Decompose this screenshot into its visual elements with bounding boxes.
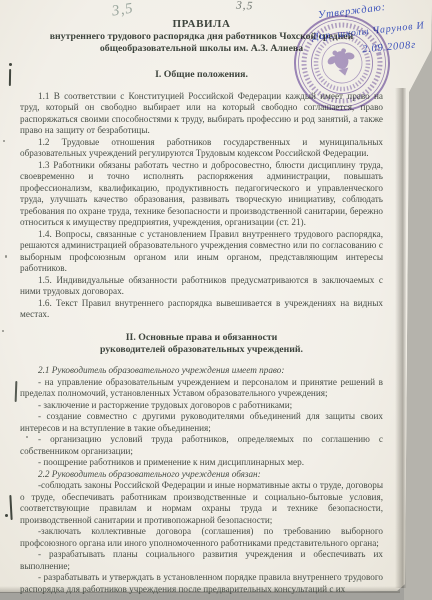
subsection-2-2-items: -соблюдать законы Российской Федерации и… [20, 480, 383, 595]
margin-pen-stroke-1 [9, 69, 11, 86]
list-item: -заключать коллективные договора (соглаш… [20, 526, 383, 549]
section-2-heading-line2: руководителей образовательных учреждений… [20, 344, 383, 356]
paragraph: 1.6. Текст Правил внутреннего распорядка… [20, 298, 383, 321]
list-item: - поощрение работников и применение к ни… [20, 457, 383, 469]
list-item: - создание совместно с другими руководит… [20, 411, 383, 434]
section-1-body: 1.1 В соответствии с Конституцией Россий… [20, 91, 383, 321]
grade-mark-left: 3,5 [111, 0, 135, 20]
grade-mark-right: 3,5 [236, 0, 254, 12]
paragraph: 1.4. Вопросы, связанные с установлением … [20, 229, 383, 275]
scanned-document-view: ПРАВИЛА внутреннего трудового распорядка… [0, 0, 432, 600]
list-item: - организацию условий труда работников, … [20, 434, 383, 457]
scan-speck [3, 140, 5, 142]
scan-speck [5, 255, 7, 258]
list-item: - заключение и расторжение трудовых дого… [20, 400, 383, 412]
list-item: - разрабатывать планы социального развит… [20, 549, 383, 572]
subsection-2-2-heading: 2.2 Руководитель образовательного учрежд… [20, 469, 383, 481]
section-2-body: 2.1 Руководитель образовательного учрежд… [20, 365, 383, 595]
list-item: - разрабатывать и утверждать в установле… [20, 572, 383, 595]
paragraph: 1.2 Трудовые отношения работников госуда… [20, 137, 383, 160]
margin-pen-dot-top [9, 63, 12, 66]
paragraph: 1.3 Работники обязаны работать честно и … [20, 160, 383, 229]
section-2-heading-line1: II. Основные права и обязанности [20, 332, 383, 344]
scan-speck [2, 330, 4, 332]
margin-pen-dot-bottom [5, 514, 8, 517]
list-item: - на управление образовательным учрежден… [20, 377, 383, 400]
list-item: -соблюдать законы Российской Федерации и… [20, 480, 383, 526]
subsection-2-1-heading: 2.1 Руководитель образовательного учрежд… [20, 365, 383, 377]
paragraph: 1.5. Индивидуальные обязанности работник… [20, 275, 383, 298]
seal-center-emblem [324, 46, 360, 79]
section-2-heading: II. Основные права и обязанности руковод… [20, 332, 383, 356]
subsection-2-1-items: - на управление образовательным учрежден… [20, 377, 383, 469]
